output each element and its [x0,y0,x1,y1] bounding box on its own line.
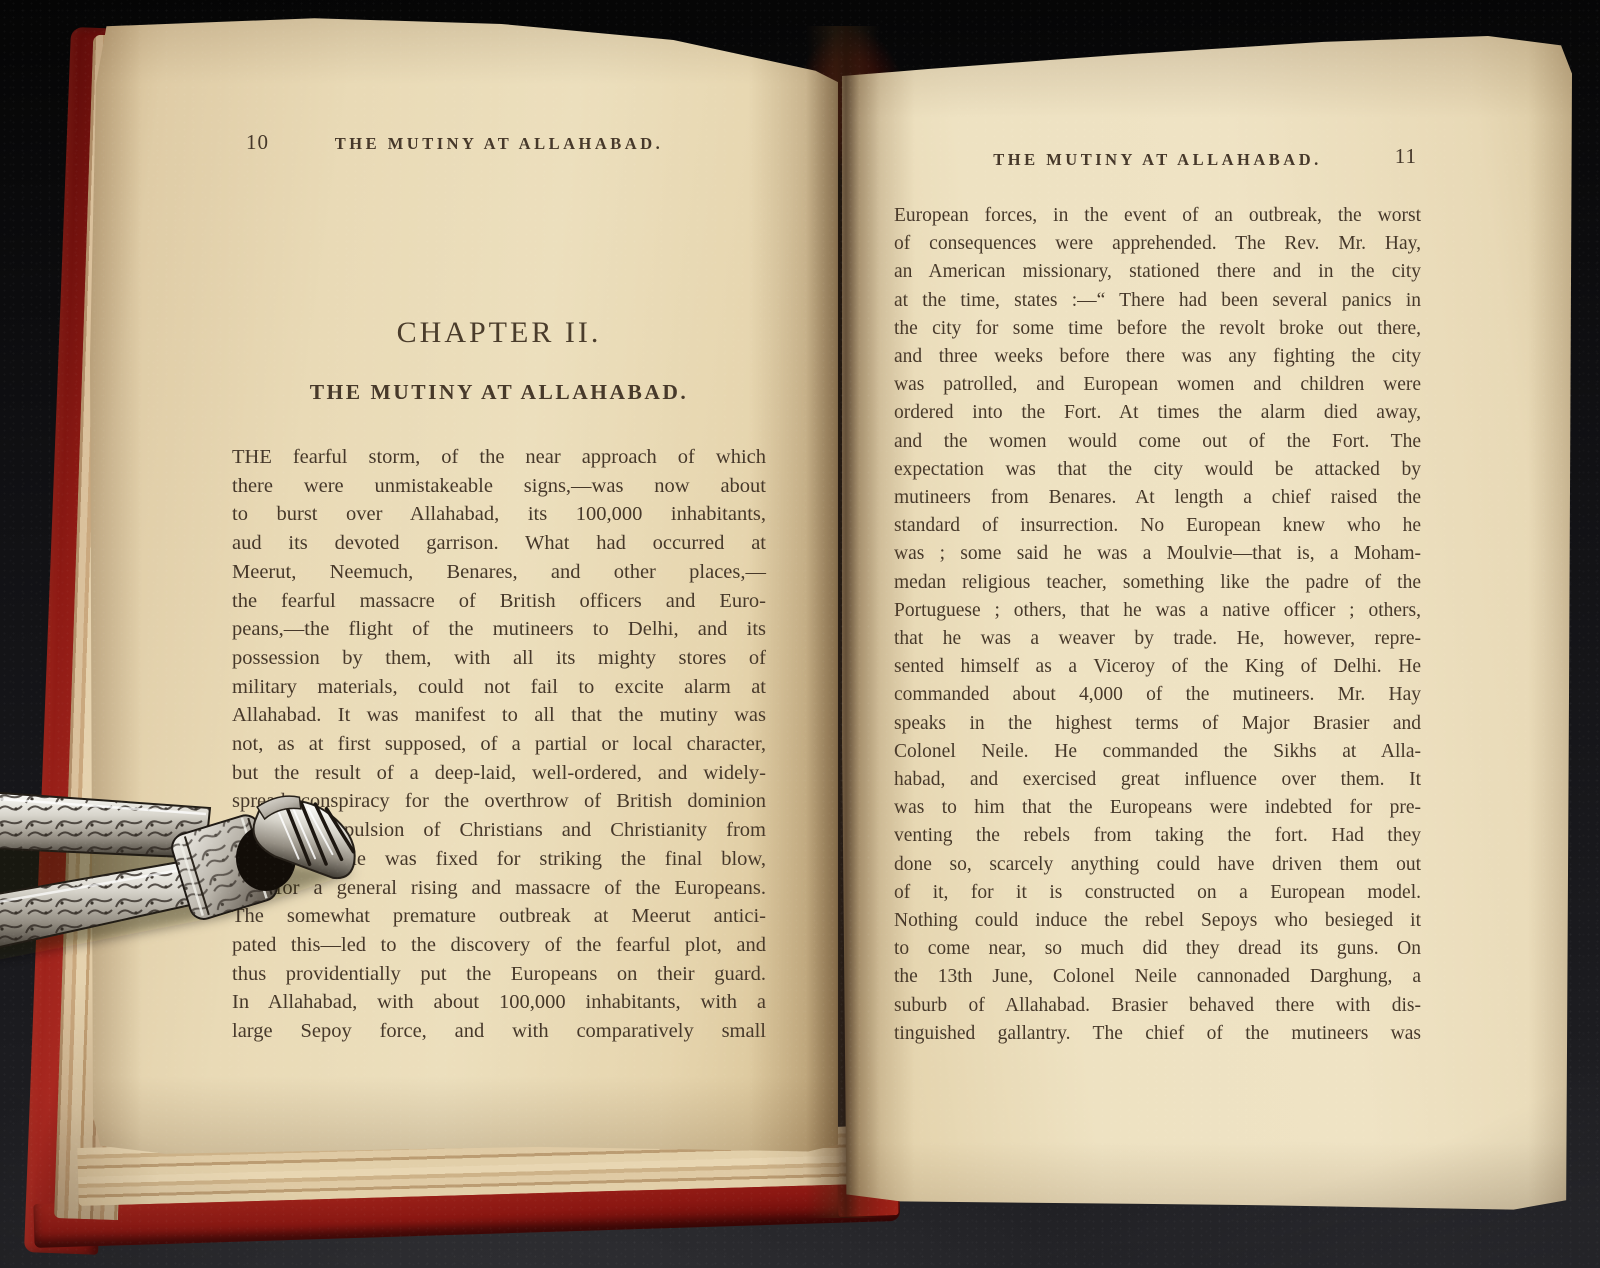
text-line: mutineers from Benares. At length a chie… [894,484,1421,512]
text-line: the 13th June, Colonel Neile cannonaded … [894,963,1421,991]
text-line: European forces, in the event of an outb… [894,202,1421,230]
text-line: and three weeks before there was any fig… [894,343,1421,371]
text-line: Nothing could induce the rebel Sepoys wh… [894,907,1421,935]
text-line: Colonel Neile. He commanded the Sikhs at… [894,738,1421,766]
text-line: and the women would come out of the Fort… [894,428,1421,456]
text-line: expectation was that the city would be a… [894,456,1421,484]
text-line: speaks in the highest terms of Major Bra… [894,710,1421,738]
text-line: suburb of Allahabad. Brasier behaved the… [894,992,1421,1020]
text-line: done so, scarcely anything could have dr… [894,851,1421,879]
text-line: Portuguese ; others, that he was a nativ… [894,597,1421,625]
text-line: not, as at first supposed, of a partial … [232,730,766,759]
chapter-subtitle: THE MUTINY AT ALLAHABAD. [232,380,766,405]
text-line: venting the rebels from taking the fort.… [894,822,1421,850]
text-line: was ; some said he was a Moulvie—that is… [894,540,1421,568]
right-page-number: 11 [1395,144,1417,169]
text-line: possession by them, with all its mighty … [232,644,766,673]
text-line: to come near, so much did they dread its… [894,935,1421,963]
text-line: aud its devoted garrison. What had occur… [232,529,766,558]
text-line: there were unmistakeable signs,—was now … [232,472,766,501]
text-line: sented himself as a Viceroy of the King … [894,653,1421,681]
text-line: In Allahabad, with about 100,000 inhabit… [232,988,766,1017]
left-running-title: THE MUTINY AT ALLAHABAD. [335,134,664,154]
text-line: of it, for it is constructed on a Europe… [894,879,1421,907]
text-line: to burst over Allahabad, its 100,000 inh… [232,500,766,529]
text-line: military materials, could not fail to ex… [232,673,766,702]
text-line: habad, and exercised great influence ove… [894,766,1421,794]
text-line: the city for some time before the revolt… [894,315,1421,343]
text-line: medan religious teacher, something like … [894,569,1421,597]
text-line: peans,—the flight of the mutineers to De… [232,615,766,644]
left-page-number: 10 [246,130,269,155]
text-line: was patrolled, and European women and ch… [894,371,1421,399]
text-line: commanded about 4,000 of the mutineers. … [894,681,1421,709]
silver-hand-clip [0,764,378,979]
text-line: tinguished gallantry. The chief of the m… [894,1020,1421,1048]
text-line: of consequences were apprehended. The Re… [894,230,1421,258]
text-line: standard of insurrection. No European kn… [894,512,1421,540]
text-line: large Sepoy force, and with comparativel… [232,1017,766,1046]
text-line: THE fearful storm, of the near approach … [232,443,766,472]
right-page-body: European forces, in the event of an outb… [894,202,1421,1048]
book-photo-scene: 10 THE MUTINY AT ALLAHABAD. CHAPTER II. … [0,0,1600,1268]
left-page-header: 10 THE MUTINY AT ALLAHABAD. [232,132,766,162]
right-running-title: THE MUTINY AT ALLAHABAD. [993,150,1322,170]
left-page: 10 THE MUTINY AT ALLAHABAD. CHAPTER II. … [90,16,838,1156]
text-line: the fearful massacre of British officers… [232,587,766,616]
right-page: THE MUTINY AT ALLAHABAD. 11 European for… [842,36,1572,1212]
right-page-header: THE MUTINY AT ALLAHABAD. 11 [894,148,1421,178]
text-line: was to him that the Europeans were indeb… [894,794,1421,822]
text-line: that he was a weaver by trade. He, howev… [894,625,1421,653]
text-line: an American missionary, stationed there … [894,258,1421,286]
chapter-heading: CHAPTER II. [232,316,766,350]
text-line: at the time, states :—“ There had been s… [894,287,1421,315]
text-line: ordered into the Fort. At times the alar… [894,399,1421,427]
text-line: Allahabad. It was manifest to all that t… [232,701,766,730]
text-line: Meerut, Neemuch, Benares, and other plac… [232,558,766,587]
